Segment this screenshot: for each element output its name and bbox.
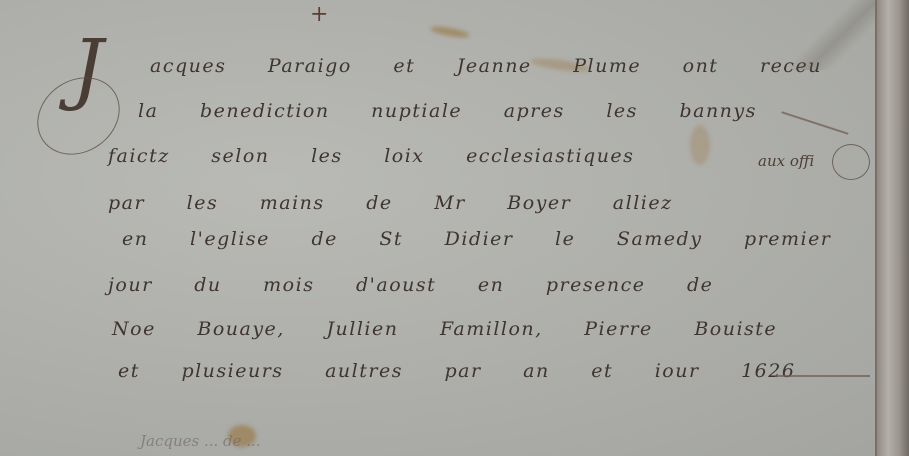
word: et [591,360,613,382]
top-cross-mark: + [310,2,328,27]
word: faictz [108,145,170,167]
word: acques [150,55,226,77]
word: Jullien [326,318,398,340]
word: 1626 [741,360,795,382]
word: de [687,274,713,296]
word: iour [655,360,700,382]
word: ont [683,55,719,77]
word: la [138,100,158,122]
page-corner-fold [789,0,879,70]
word: Boyer [507,192,571,214]
word: par [108,192,145,214]
word: Famillon, [440,318,543,340]
entry-line-4: par les mains de Mr Boyer alliez [108,192,707,214]
word: bannys [679,100,756,122]
word: premier [744,228,831,250]
word: Paraigo [268,55,352,77]
entry-line-6: jour du mois d'aoust en presence de [108,274,747,296]
word: en [122,228,148,250]
closing-underline [775,375,870,377]
word: an [523,360,550,382]
word: mois [263,274,314,296]
marginal-note: aux offi [758,152,814,170]
word: alliez [613,192,673,214]
marginal-circle [832,144,870,180]
entry-line-5: en l'eglise de St Didier le Samedy premi… [122,228,865,250]
word: ecclesiastiques [466,145,634,167]
word: selon [211,145,269,167]
word: Plume [573,55,641,77]
word: Bouiste [694,318,777,340]
ink-stain [690,125,710,165]
book-spine-edge [875,0,909,456]
entry-line-7: Noe Bouaye, Jullien Famillon, Pierre Bou… [112,318,811,340]
word: St [379,228,403,250]
word: Noe [112,318,156,340]
word: Mr [434,192,466,214]
word: mains [260,192,325,214]
word: presence [546,274,646,296]
ink-stain [430,25,471,40]
word: Jeanne [457,55,532,77]
word: par [445,360,482,382]
word: aultres [325,360,403,382]
word: les [606,100,638,122]
entry-line-3: faictz selon les loix ecclesiastiques [108,145,668,167]
word: apres [504,100,565,122]
word: et [393,55,415,77]
word: de [366,192,392,214]
word: loix [384,145,424,167]
word: et [118,360,140,382]
manuscript-page: + J acques Paraigo et Jeanne Plume ont r… [0,0,909,456]
word: jour [108,274,153,296]
word: Bouaye, [197,318,284,340]
word: nuptiale [371,100,462,122]
entry-line-1: acques Paraigo et Jeanne Plume ont receu [150,55,856,77]
word: de [311,228,337,250]
word: Pierre [584,318,653,340]
word: benediction [200,100,330,122]
flourish-stroke [781,111,848,134]
word: les [187,192,219,214]
word: d'aoust [356,274,436,296]
entry-line-8: et plusieurs aultres par an et iour 1626 [118,360,829,382]
word: les [311,145,343,167]
word: du [194,274,221,296]
word: Samedy [617,228,703,250]
word: le [555,228,575,250]
word: en [478,274,504,296]
faint-next-entry: Jacques ... de ... [140,432,261,450]
word: plusieurs [181,360,283,382]
word: Didier [445,228,514,250]
entry-line-2: la benediction nuptiale apres les bannys [138,100,791,122]
word: l'eglise [190,228,270,250]
